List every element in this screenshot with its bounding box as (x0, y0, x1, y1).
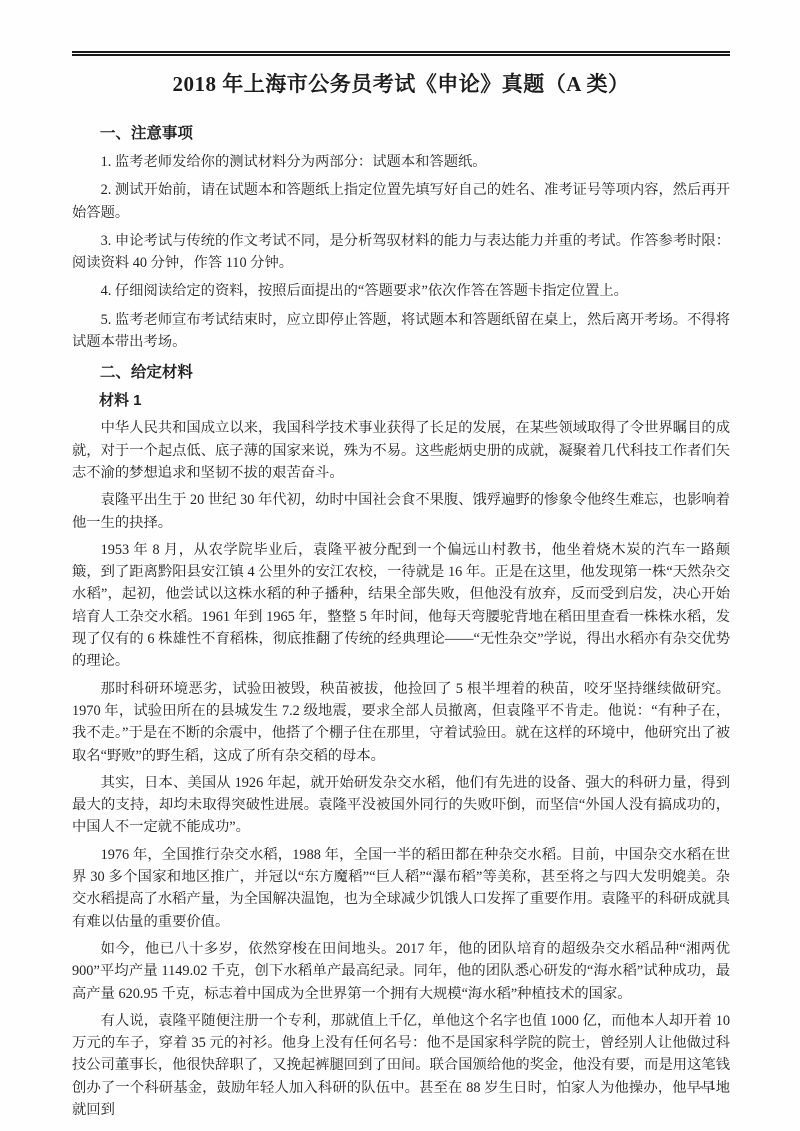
notice-item-1: 1. 监考老师发给你的测试材料分为两部分：试题本和答题纸。 (72, 151, 730, 173)
material-1-paragraph-6: 1976 年，全国推行杂交水稻，1988 年，全国一半的稻田都在种杂交水稻。目前… (72, 844, 730, 933)
section-materials-heading: 二、给定材料 (72, 362, 730, 384)
section-notice-heading: 一、注意事项 (72, 123, 730, 145)
notice-item-4: 4. 仔细阅读给定的资料，按照后面提出的“答题要求”依次作答在答题卡指定位置上。 (72, 280, 730, 302)
document-content: 2018 年上海市公务员考试《申论》真题（A 类） 一、注意事项 1. 监考老师… (0, 51, 800, 1121)
document-page: 2018 年上海市公务员考试《申论》真题（A 类） 一、注意事项 1. 监考老师… (0, 0, 800, 1131)
notice-items: 1. 监考老师发给你的测试材料分为两部分：试题本和答题纸。 2. 测试开始前，请… (72, 151, 730, 353)
page-number: - 1 - (699, 1078, 726, 1094)
material-1-paragraph-1: 中华人民共和国成立以来，我国科学技术事业获得了长足的发展，在某些领域取得了令世界… (72, 417, 730, 484)
material-1-label: 材料 1 (72, 390, 730, 412)
material-1-paragraph-8: 有人说，袁隆平随便注册一个专利，那就值上千亿，单他这个名字也值 1000 亿，而… (72, 1010, 730, 1121)
notice-item-2: 2. 测试开始前，请在试题本和答题纸上指定位置先填写好自己的姓名、准考证号等项内… (72, 179, 730, 224)
material-1-paragraph-3: 1953 年 8 月，从农学院毕业后，袁隆平被分配到一个偏远山村教书，他坐着烧木… (72, 539, 730, 673)
notice-item-5: 5. 监考老师宣布考试结束时，应立即停止答题，将试题本和答题纸留在桌上，然后离开… (72, 309, 730, 354)
header-double-rule (72, 51, 730, 56)
material-1-paragraph-7: 如今，他已八十多岁，依然穿梭在田间地头。2017 年，他的团队培育的超级杂交水稻… (72, 938, 730, 1005)
material-1-paragraphs: 中华人民共和国成立以来，我国科学技术事业获得了长足的发展，在某些领域取得了令世界… (72, 417, 730, 1121)
material-1-paragraph-5: 其实，日本、美国从 1926 年起，就开始研发杂交水稻，他们有先进的设备、强大的… (72, 772, 730, 839)
document-title: 2018 年上海市公务员考试《申论》真题（A 类） (72, 69, 730, 99)
notice-item-3: 3. 申论考试与传统的作文考试不同，是分析驾驭材料的能力与表达能力并重的考试。作… (72, 230, 730, 275)
material-1-paragraph-2: 袁隆平出生于 20 世纪 30 年代初，幼时中国社会食不果腹、饿殍遍野的惨象令他… (72, 489, 730, 534)
material-1-paragraph-4: 那时科研环境恶劣，试验田被毁，秧苗被拔，他捡回了 5 根半埋着的秧苗，咬牙坚持继… (72, 678, 730, 767)
